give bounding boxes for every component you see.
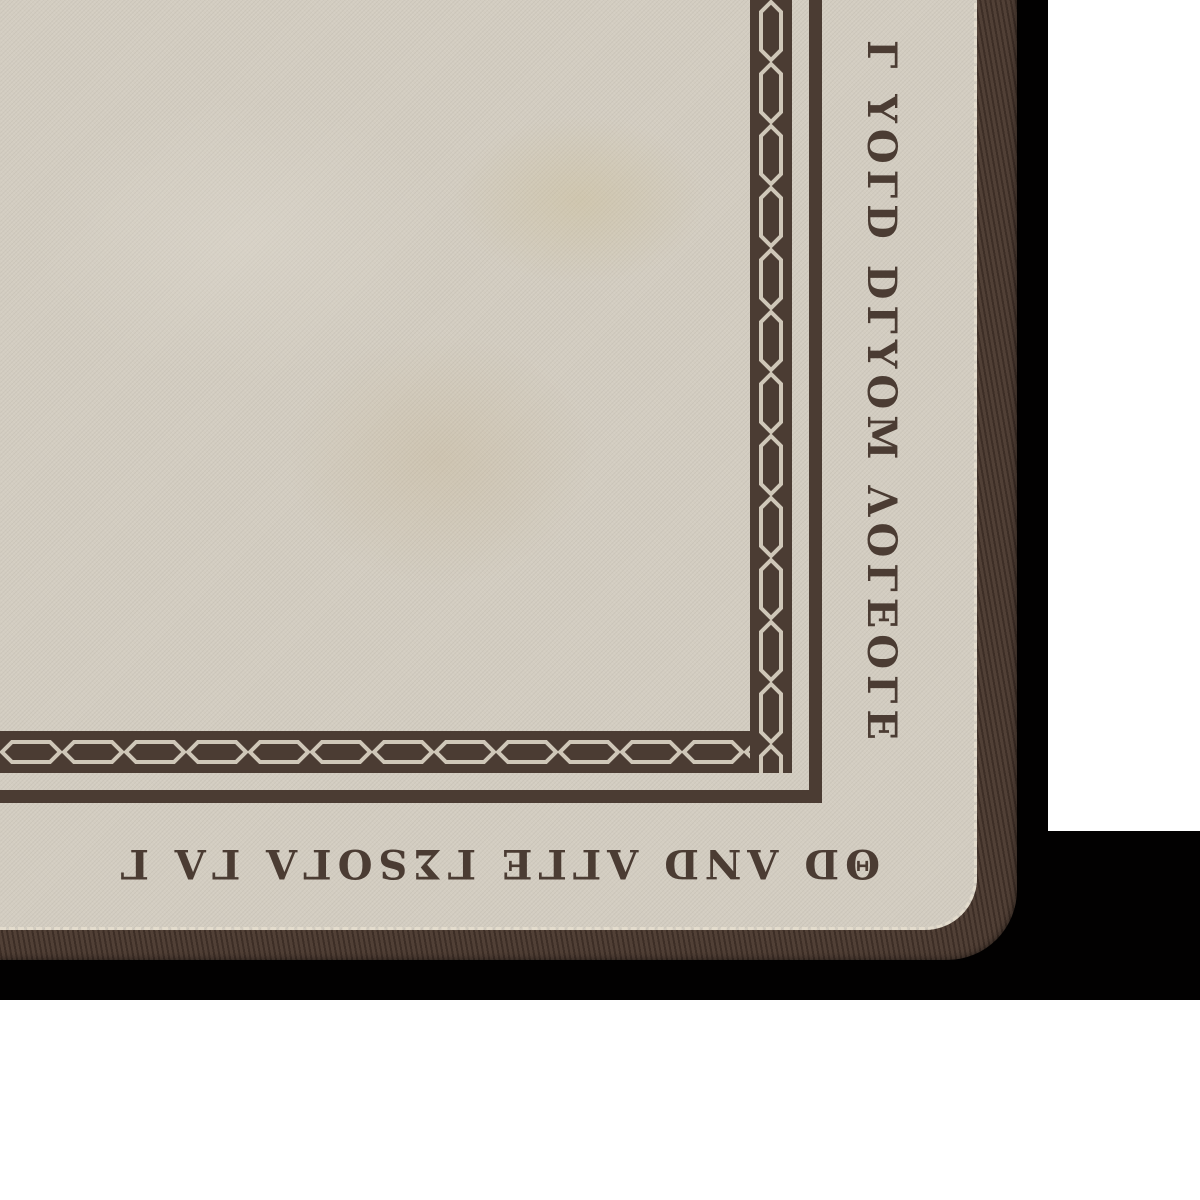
chain-band-right — [750, 0, 792, 773]
chain-band-bottom — [0, 731, 792, 773]
outer-line-bottom — [0, 790, 822, 803]
bottom-script: ΘD ΛND ΛΓΓE ΓΣSOΓΛ ΓΛ Γ — [115, 840, 880, 887]
right-script: Γ YOΓD DΓYOM ΛOΓEOΓE — [858, 40, 905, 746]
decorative-frame: Γ YOΓD DΓYOM ΛOΓEOΓE ΘD ΛND ΛΓΓE ΓΣSOΓΛ … — [0, 0, 1200, 1000]
svg-text:Γ YOΓD DΓYOM ΛOΓEOΓE: Γ YOΓD DΓYOM ΛOΓEOΓE — [858, 40, 905, 746]
svg-text:ΘD ΛND ΛΓΓE ΓΣSOΓΛ ΓΛ Γ: ΘD ΛND ΛΓΓE ΓΣSOΓΛ ΓΛ Γ — [115, 840, 880, 887]
outer-line-right — [809, 0, 822, 803]
